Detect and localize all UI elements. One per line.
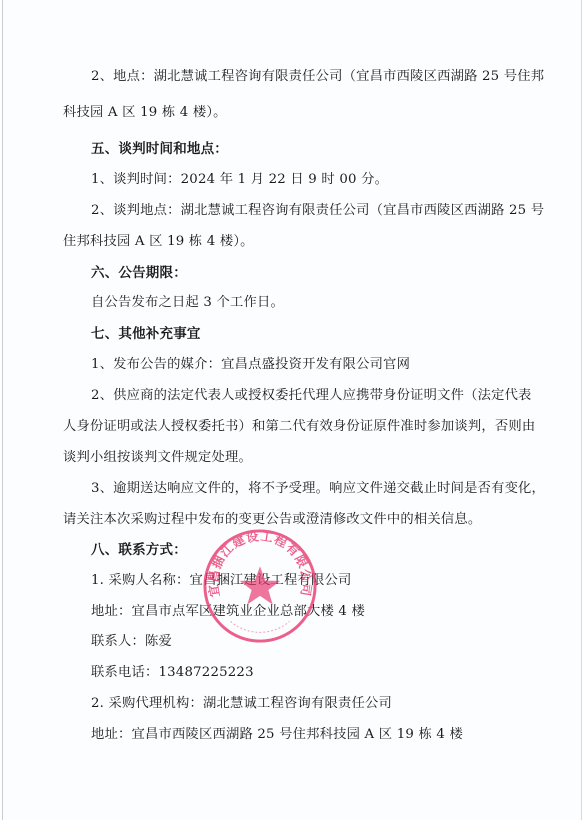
text-line-location-cont: 科技园 A 区 19 栋 4 楼）。 — [63, 104, 227, 122]
text-line-supplier-requirements-cont1: 人身份证明或法人授权委托书）和第二代有效身份证原件准时参加谈判，否则由 — [63, 418, 535, 436]
section-heading-contact: 八、联系方式： — [91, 541, 187, 559]
text-line-purchaser-address: 地址：宜昌市点军区建筑业企业总部大楼 4 楼 — [91, 603, 365, 621]
text-line-late-submission-cont: 请关注本次采购过程中发布的变更公告或澄清修改文件中的相关信息。 — [63, 511, 481, 529]
text-line-supplier-requirements: 2、供应商的法定代表人或授权委托代理人应携带身份证明文件（法定代表 — [91, 387, 532, 405]
section-heading-announcement-period: 六、公告期限： — [91, 264, 187, 282]
text-line-announcement-period: 自公告发布之日起 3 个工作日。 — [91, 294, 284, 312]
text-line-late-submission: 3、逾期送达响应文件的，将不予受理。响应文件递交截止时间是否有变化， — [91, 480, 545, 498]
section-heading-other-matters: 七、其他补充事宜 — [91, 325, 201, 343]
text-line-agency-address: 地址：宜昌市西陵区西湖路 25 号住邦科技园 A 区 19 栋 4 楼 — [91, 726, 463, 744]
document-page: 2、地点：湖北慧诚工程咨询有限责任公司（宜昌市西陵区西湖路 25 号住邦 科技园… — [2, 0, 582, 820]
text-line-purchaser-name: 1. 采购人名称：宜昌捆江建设工程有限公司 — [91, 572, 351, 590]
section-heading-negotiation-time-place: 五、谈判时间和地点： — [91, 140, 228, 158]
text-line-negotiation-place: 2、谈判地点：湖北慧诚工程咨询有限责任公司（宜昌市西陵区西湖路 25 号 — [91, 202, 544, 220]
text-line-negotiation-place-cont: 住邦科技园 A 区 19 栋 4 楼）。 — [63, 233, 254, 251]
text-line-negotiation-time: 1、谈判时间：2024 年 1 月 22 日 9 时 00 分。 — [91, 171, 388, 189]
text-line-location: 2、地点：湖北慧诚工程咨询有限责任公司（宜昌市西陵区西湖路 25 号住邦 — [91, 68, 544, 86]
text-line-contact-phone: 联系电话：13487225223 — [91, 664, 254, 682]
text-line-supplier-requirements-cont2: 谈判小组按谈判文件规定处理。 — [63, 449, 252, 467]
text-line-agency-name: 2. 采购代理机构：湖北慧诚工程咨询有限责任公司 — [91, 695, 392, 713]
text-line-media: 1、发布公告的媒介：宜昌点盛投资开发有限公司官网 — [91, 356, 410, 374]
text-line-contact-person: 联系人：陈爱 — [91, 633, 172, 651]
